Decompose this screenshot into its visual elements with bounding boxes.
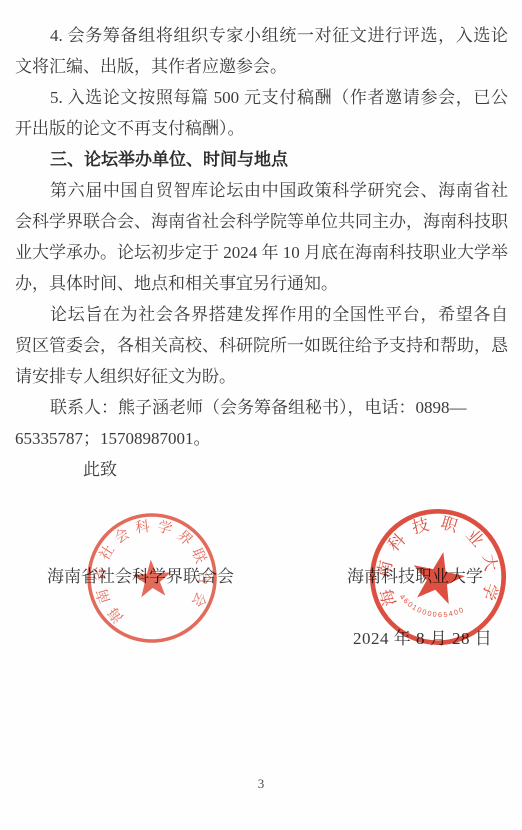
page-number: 3 bbox=[0, 776, 522, 792]
document-page: 4. 会务筹备组将组织专家小组统一对征文进行评选，入选论文将汇编、出版，其作者应… bbox=[0, 0, 522, 830]
section-heading: 三、论坛举办单位、时间与地点 bbox=[15, 144, 508, 175]
document-body: 4. 会务筹备组将组织专家小组统一对征文进行评选，入选论文将汇编、出版，其作者应… bbox=[15, 20, 508, 485]
paragraph-item-5: 5. 入选论文按照每篇 500 元支付稿酬（作者邀请参会，已公开出版的论文不再支… bbox=[15, 82, 508, 144]
paragraph-organizers: 第六届中国自贸智库论坛由中国政策科学研究会、海南省社会科学界联合会、海南省社会科… bbox=[15, 175, 508, 299]
signature-date: 2024 年 8 月 28 日 bbox=[353, 624, 492, 649]
seal-code: 4601000065400 bbox=[395, 591, 468, 625]
paragraph-contact-line2: 65335787；15708987001。 bbox=[15, 423, 508, 454]
signature-org-right: 海南科技职业大学 bbox=[347, 562, 483, 587]
signature-org-left: 海南省社会科学界联合会 bbox=[47, 562, 234, 587]
salutation: 此致 bbox=[15, 454, 508, 485]
paragraph-contact-line1: 联系人：熊子涵老师（会务筹备组秘书），电话：0898— bbox=[15, 392, 508, 423]
paragraph-item-4: 4. 会务筹备组将组织专家小组统一对征文进行评选，入选论文将汇编、出版，其作者应… bbox=[15, 20, 508, 82]
seal-code-wrap: 4601000065400 bbox=[395, 591, 468, 625]
paragraph-purpose: 论坛旨在为社会各界搭建发挥作用的全国性平台，希望各自贸区管委会，各相关高校、科研… bbox=[15, 299, 508, 392]
